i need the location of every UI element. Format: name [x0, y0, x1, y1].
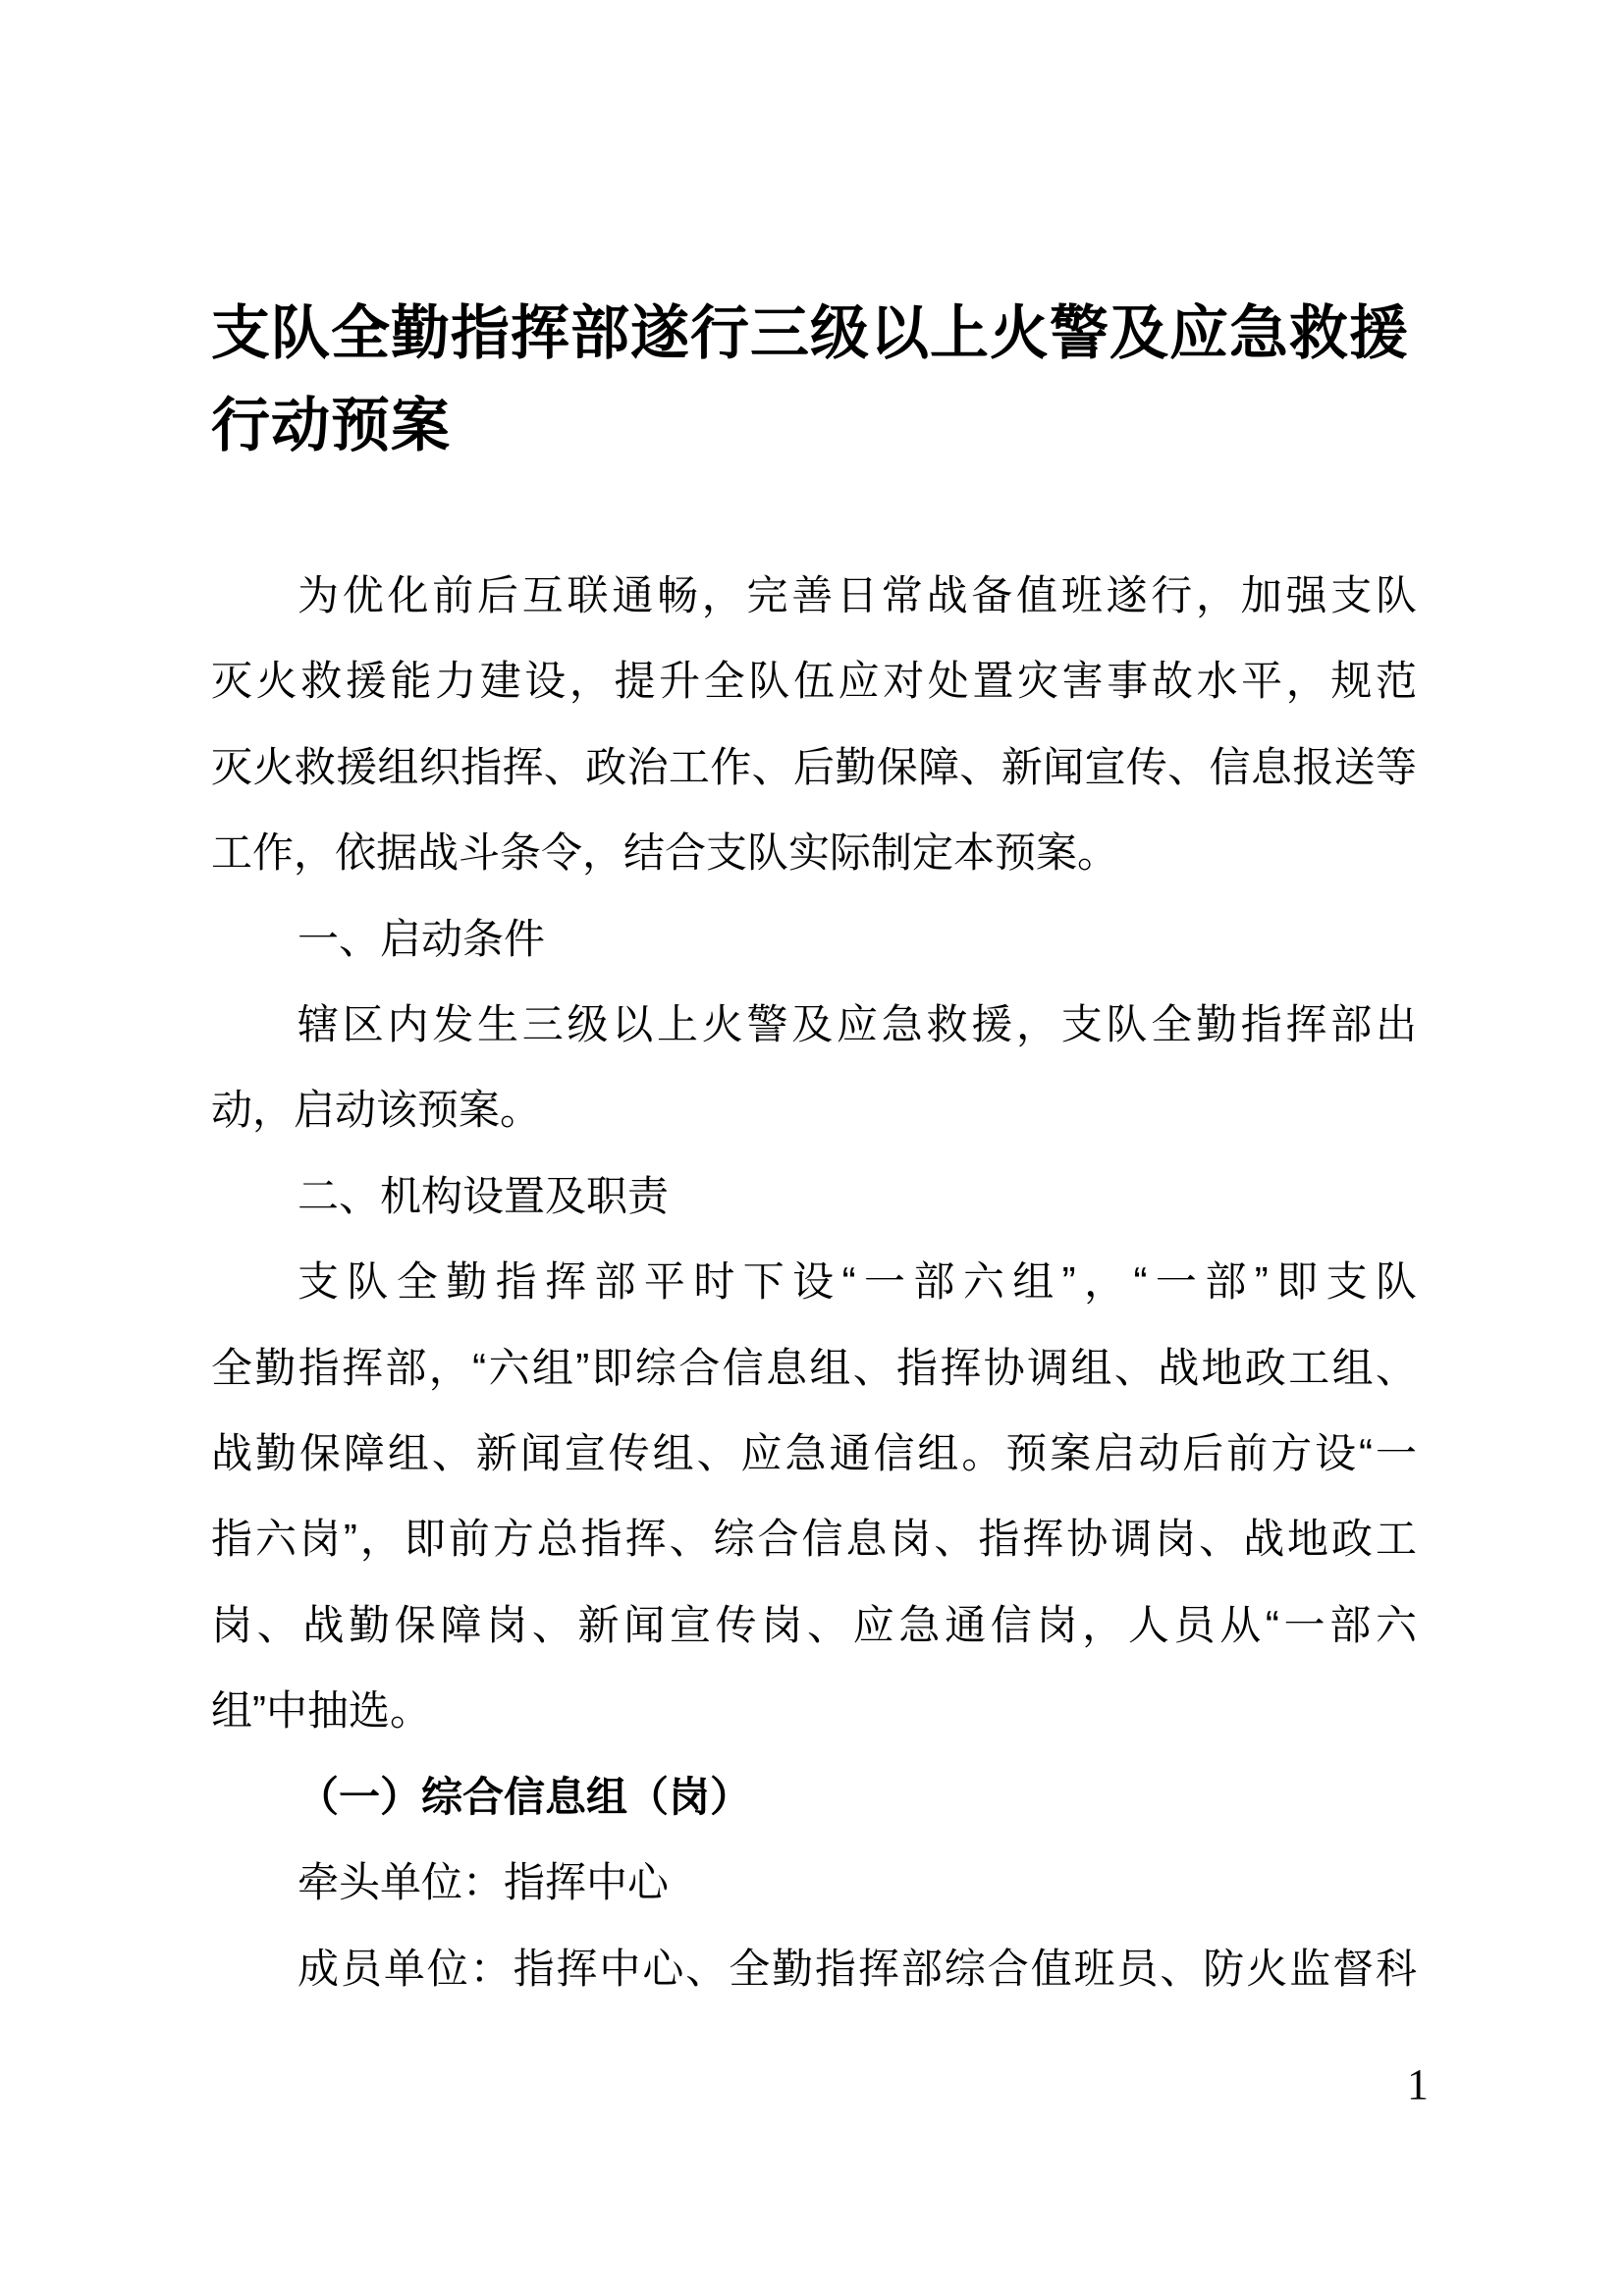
paragraph-line: 牵头单位：指挥中心: [211, 1840, 1417, 1925]
page-number: 1: [1407, 2056, 1429, 2114]
paragraph-line: 组”中抽选。: [211, 1668, 1417, 1753]
document-title: 支队全勤指挥部遂行三级以上火警及应急救援 行动预案: [211, 288, 1417, 472]
paragraph-line: 岗、战勤保障岗、新闻宣传岗、应急通信岗，人员从“一部六: [211, 1582, 1417, 1668]
paragraph-line: 工作，依据战斗条令，结合支队实际制定本预案。: [211, 810, 1417, 895]
paragraph-line: 灭火救援组织指挥、政治工作、后勤保障、新闻宣传、信息报送等: [211, 724, 1417, 810]
paragraph-line: 辖区内发生三级以上火警及应急救援，支队全勤指挥部出: [211, 982, 1417, 1067]
paragraph-line: 为优化前后互联通畅，完善日常战备值班遂行，加强支队: [211, 553, 1417, 638]
paragraph-line: 战勤保障组、新闻宣传组、应急通信组。预案启动后前方设“一: [211, 1411, 1417, 1496]
section-heading: 一、启动条件: [211, 896, 1417, 982]
paragraph-line: 全勤指挥部，“六组”即综合信息组、指挥协调组、战地政工组、: [211, 1325, 1417, 1411]
document-page: 支队全勤指挥部遂行三级以上火警及应急救援 行动预案 为优化前后互联通畅，完善日常…: [0, 0, 1623, 2296]
paragraph-line: 支队全勤指挥部平时下设“一部六组”，“一部”即支队: [211, 1239, 1417, 1324]
title-line: 支队全勤指挥部遂行三级以上火警及应急救援: [211, 288, 1417, 380]
paragraph-line: 动，启动该预案。: [211, 1067, 1417, 1152]
paragraph-line: 灭火救援能力建设，提升全队伍应对处置灾害事故水平，规范: [211, 638, 1417, 723]
section-heading: 二、机构设置及职责: [211, 1153, 1417, 1239]
sub-section-heading: （一）综合信息组（岗）: [211, 1754, 1417, 1840]
document-body: 为优化前后互联通畅，完善日常战备值班遂行，加强支队 灭火救援能力建设，提升全队伍…: [211, 553, 1417, 2011]
paragraph-line: 成员单位：指挥中心、全勤指挥部综合值班员、防火监督科: [211, 1926, 1417, 2011]
paragraph-line: 指六岗”，即前方总指挥、综合信息岗、指挥协调岗、战地政工: [211, 1496, 1417, 1581]
title-line: 行动预案: [211, 380, 1417, 472]
